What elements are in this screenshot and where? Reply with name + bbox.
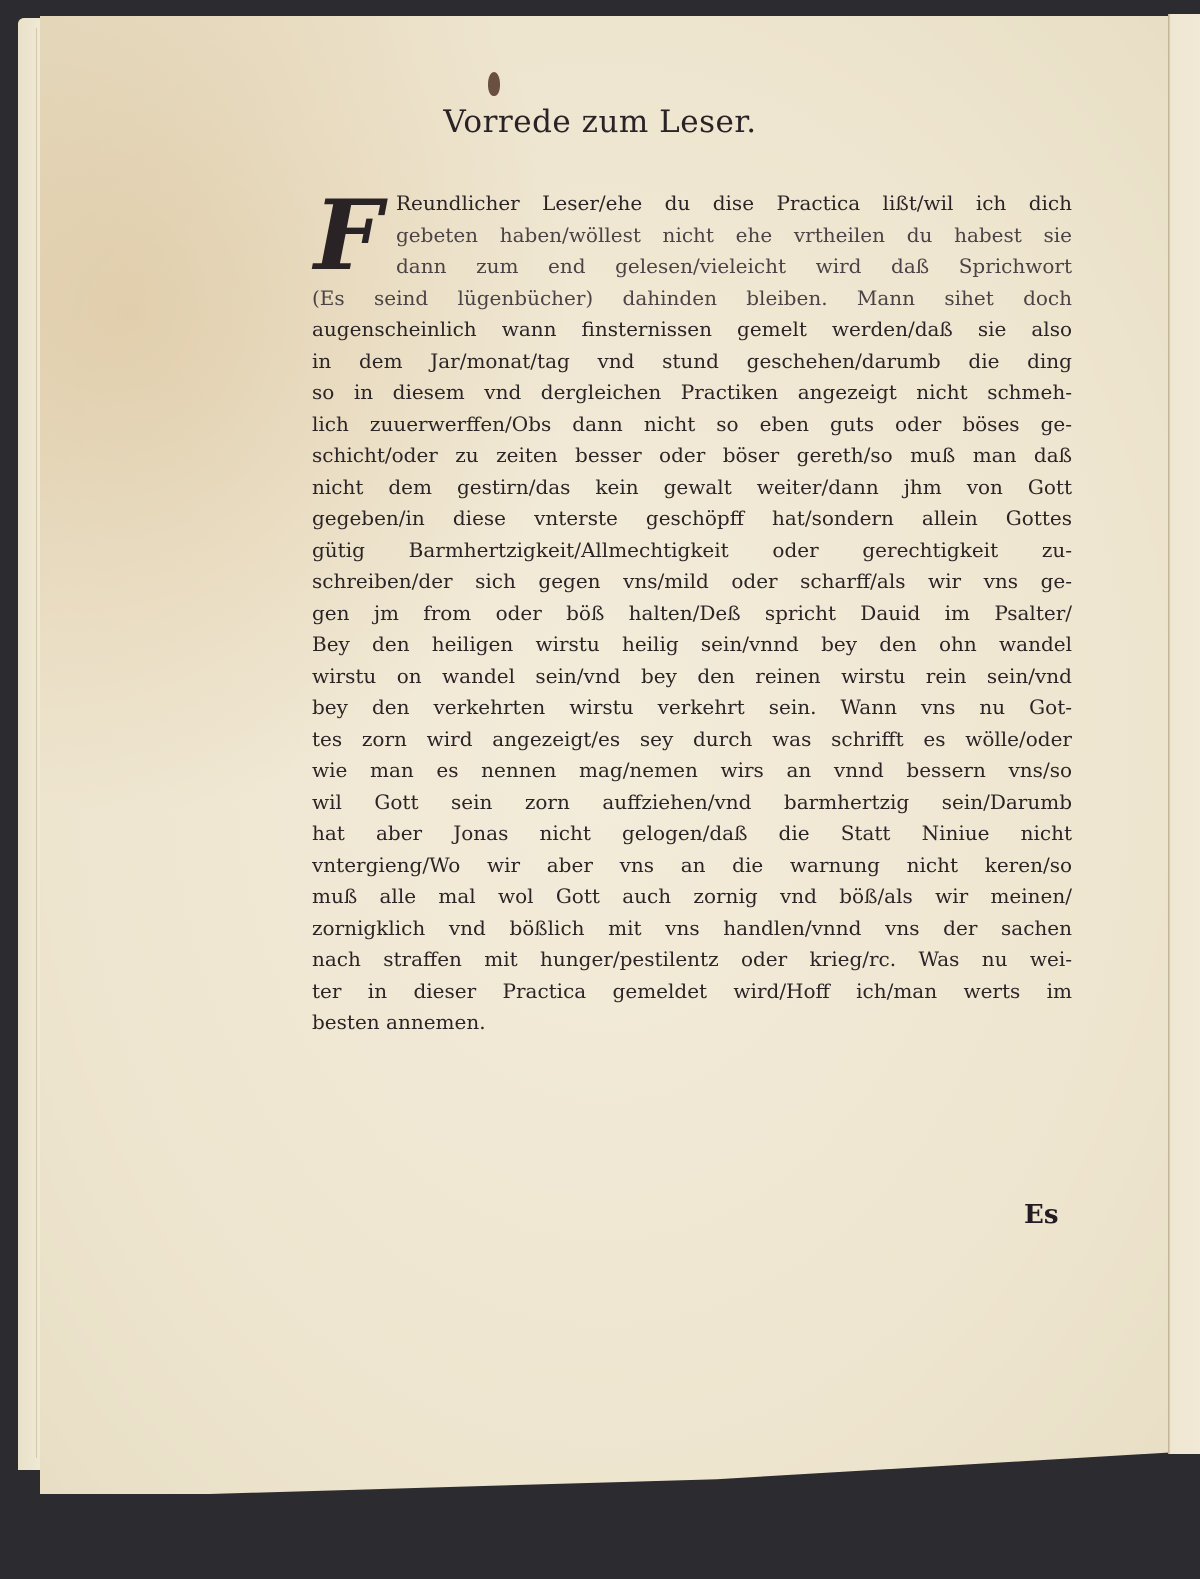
- text-line: Bey den heiligen wirstu heilig sein/vnnd…: [312, 629, 1072, 661]
- text-line: wil Gott sein zorn auffziehen/vnd barmhe…: [312, 787, 1072, 819]
- facing-page-edge: [1168, 14, 1200, 1454]
- text-line: lich zuuerwerffen/Obs dann nicht so eben…: [312, 409, 1072, 441]
- text-line: so in diesem vnd dergleichen Practiken a…: [312, 377, 1072, 409]
- text-line: in dem Jar/monat/tag vnd stund geschehen…: [312, 346, 1072, 378]
- page-edge-line: [36, 28, 37, 1458]
- text-line: muß alle mal wol Gott auch zornig vnd bö…: [312, 881, 1072, 913]
- text-line: Reundlicher Leser/ehe du dise Practica l…: [312, 188, 1072, 220]
- text-line: nach straffen mit hunger/pestilentz oder…: [312, 944, 1072, 976]
- text-line: schicht/oder zu zeiten besser oder böser…: [312, 440, 1072, 472]
- ink-blot: [488, 72, 500, 96]
- text-line: hat aber Jonas nicht gelogen/daß die Sta…: [312, 818, 1072, 850]
- text-line: tes zorn wird angezeigt/es sey durch was…: [312, 724, 1072, 756]
- text-line: gegeben/in diese vnterste geschöpff hat/…: [312, 503, 1072, 535]
- text-line: wie man es nennen mag/nemen wirs an vnnd…: [312, 755, 1072, 787]
- text-line: wirstu on wandel sein/vnd bey den reinen…: [312, 661, 1072, 693]
- text-line: dann zum end gelesen/vieleicht wird daß …: [312, 251, 1072, 283]
- text-line: zornigklich vnd bößlich mit vns handlen/…: [312, 913, 1072, 945]
- text-line: schreiben/der sich gegen vns/mild oder s…: [312, 566, 1072, 598]
- text-line: gebeten haben/wöllest nicht ehe vrtheile…: [312, 220, 1072, 252]
- body-text: Reundlicher Leser/ehe du dise Practica l…: [312, 188, 1072, 1039]
- text-line: besten annemen.: [312, 1007, 1072, 1039]
- text-line: augenscheinlich wann finsternissen gemel…: [312, 314, 1072, 346]
- text-line: gütig Barmhertzigkeit/Allmechtigkeit ode…: [312, 535, 1072, 567]
- text-line: gen jm from oder böß halten/Deß spricht …: [312, 598, 1072, 630]
- text-line: vntergieng/Wo wir aber vns an die warnun…: [312, 850, 1072, 882]
- text-line: ter in dieser Practica gemeldet wird/Hof…: [312, 976, 1072, 1008]
- page-title: Vorrede zum Leser.: [300, 104, 900, 140]
- text-line: (Es seind lügenbücher) dahinden bleiben.…: [312, 283, 1072, 315]
- catchword: Es: [1024, 1200, 1058, 1230]
- text-line: nicht dem gestirn/das kein gewalt weiter…: [312, 472, 1072, 504]
- text-line: bey den verkehrten wirstu verkehrt sein.…: [312, 692, 1072, 724]
